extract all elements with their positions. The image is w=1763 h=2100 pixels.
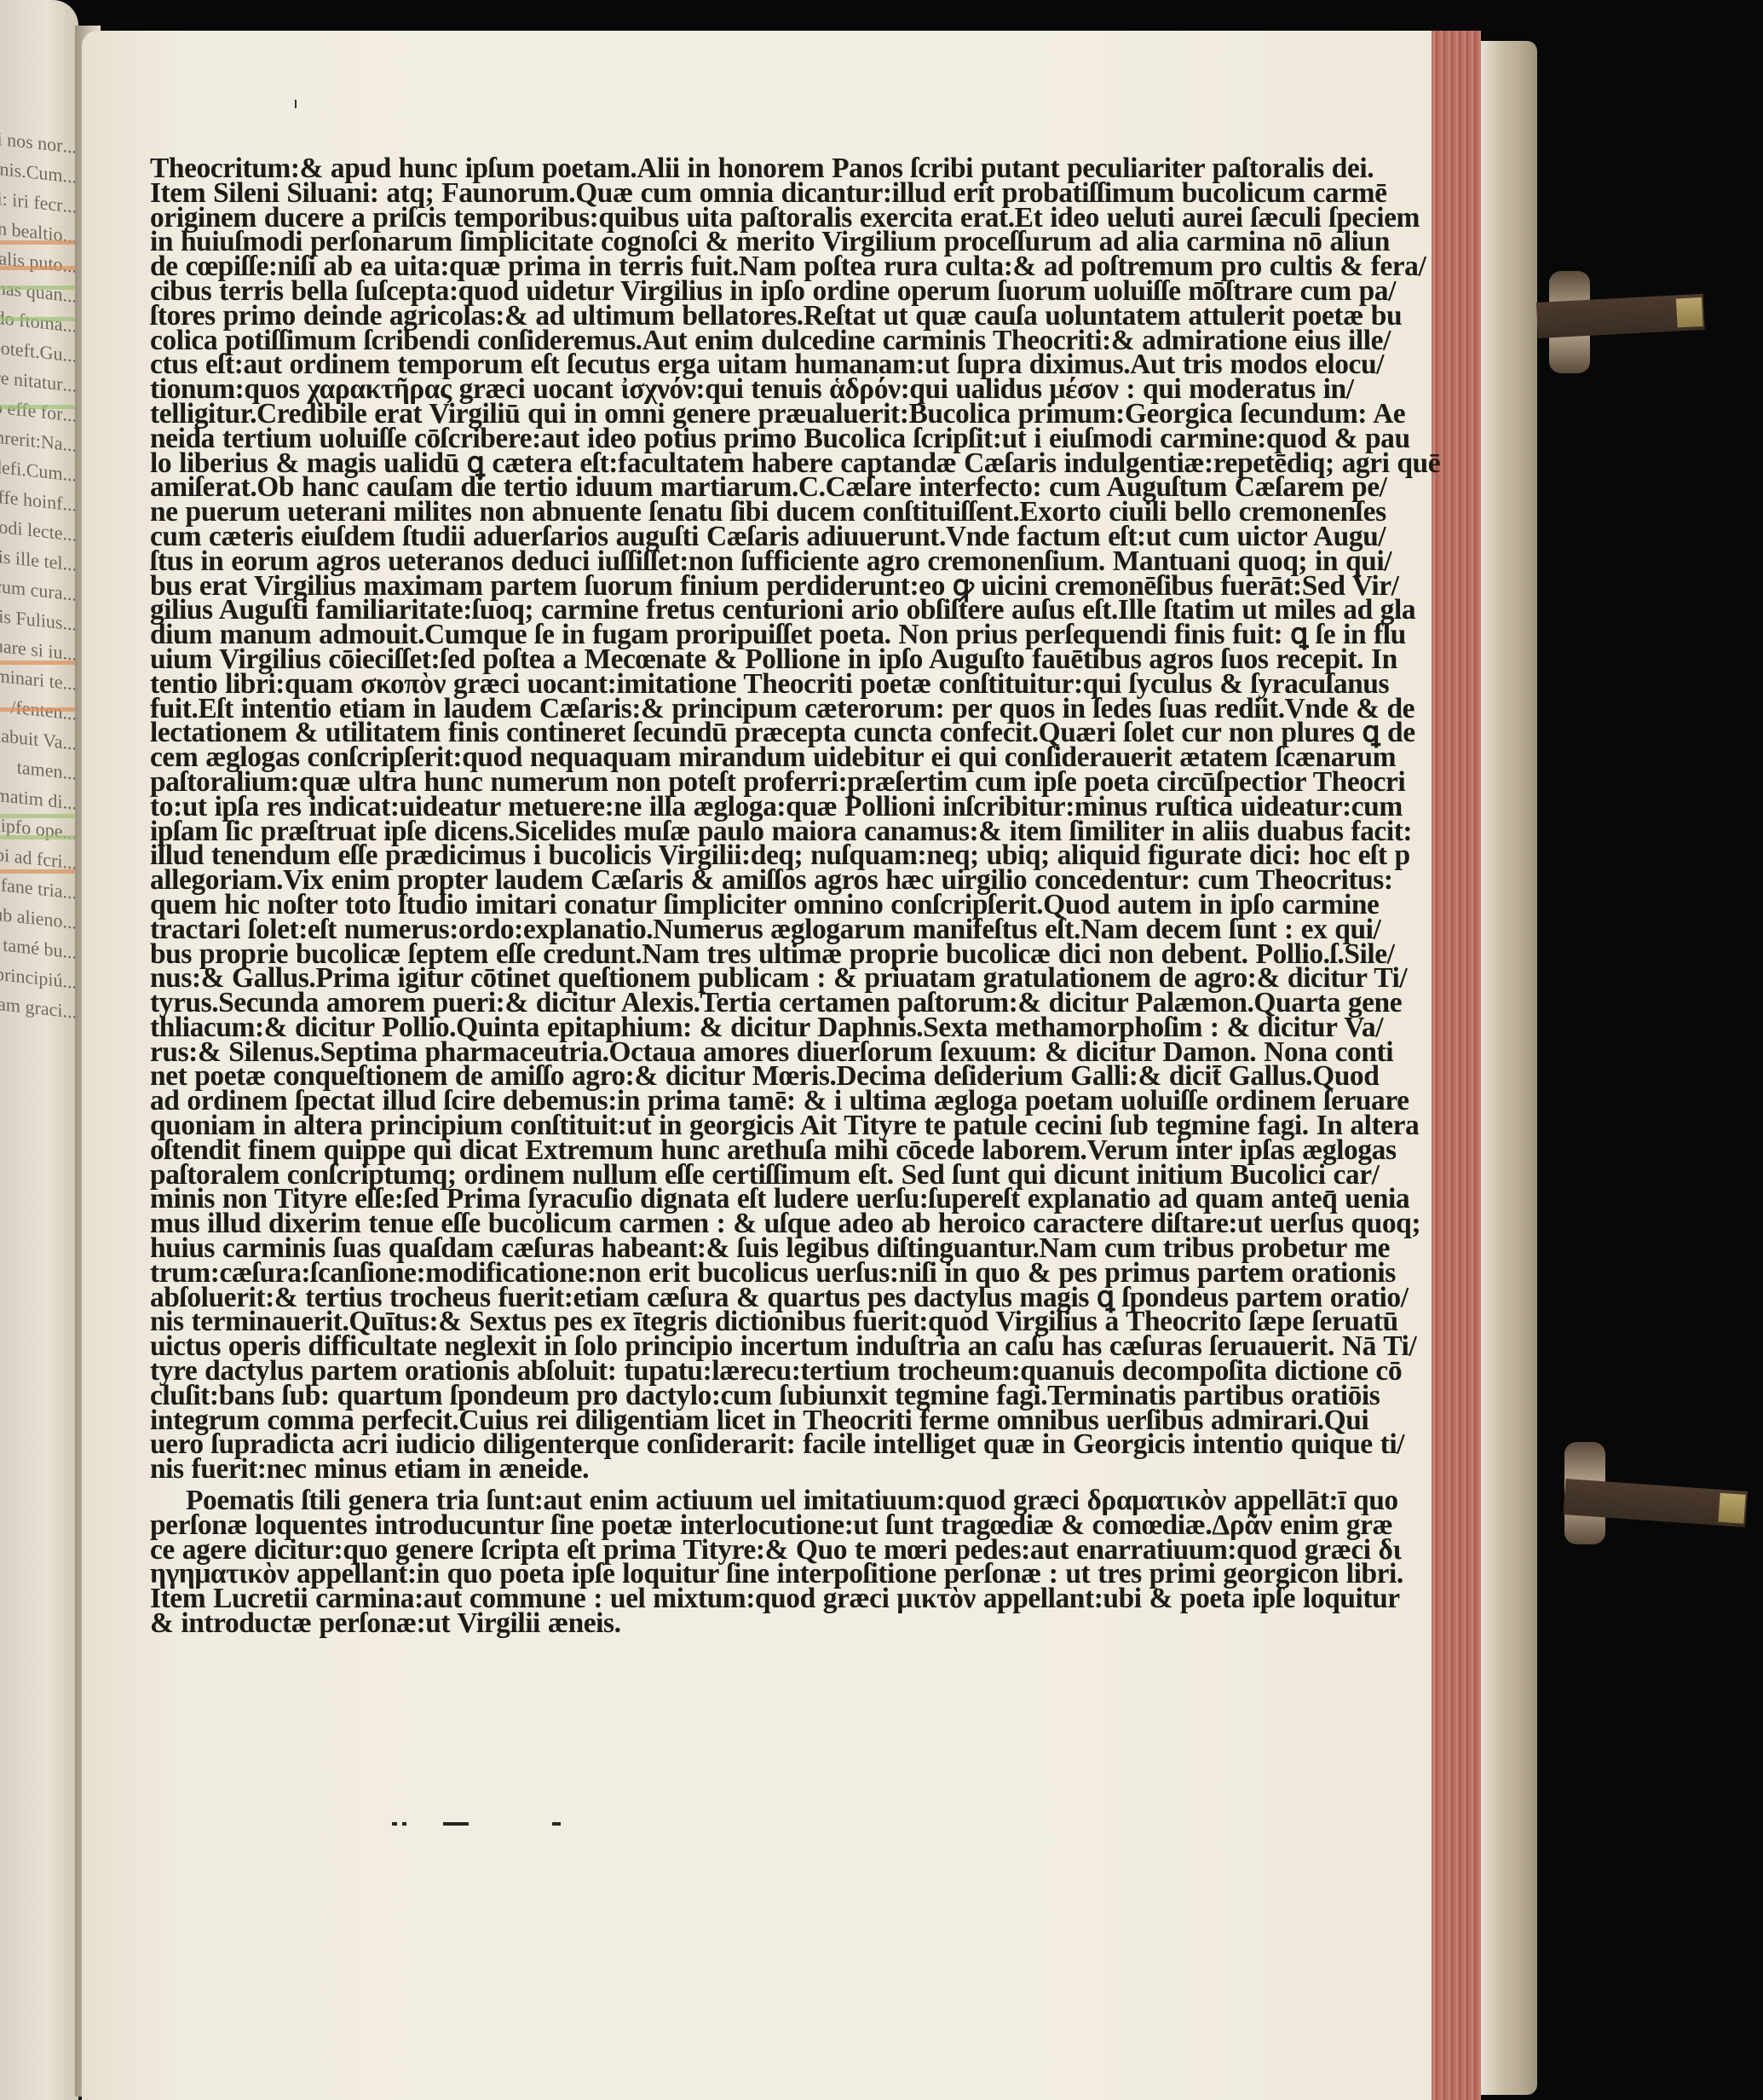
rubrication-highlight: [0, 707, 78, 712]
rubrication-highlight: [0, 405, 78, 409]
upper-clasp-strap: [1536, 294, 1705, 338]
text-line: nis fuerit:nec minus etiam in æneide.: [150, 1457, 1258, 1482]
rubrication-highlight: [0, 286, 78, 290]
rubrication-highlight: [0, 661, 78, 665]
rubrication-highlight: [0, 835, 78, 839]
printer-mark: [295, 100, 297, 108]
facing-page-verso: ...lidicanisue. Si nos nor...iano uero e…: [0, 0, 78, 2100]
main-text-block: Theocritum:& apud hunc ipſum poetam.Alii…: [150, 157, 1258, 1636]
rubrication-highlight: [0, 240, 78, 245]
brass-clasp-tip: [1718, 1493, 1745, 1524]
rubrication-highlight: [0, 317, 78, 321]
rubrication-highlight: [0, 266, 78, 270]
facing-page-text: ...lidicanisue. Si nos nor...iano uero e…: [0, 123, 78, 1028]
brass-clasp-tip: [1676, 297, 1703, 328]
rubrication-highlight: [0, 869, 78, 874]
vellum-binding-edge: [1481, 41, 1537, 2095]
text-line: & introductæ perſonæ:ut Virgilii æneis.: [150, 1612, 1258, 1636]
red-stained-fore-edge: [1432, 31, 1481, 2100]
signature-marks: [392, 1822, 562, 1831]
rubrication-highlight: [0, 814, 78, 818]
